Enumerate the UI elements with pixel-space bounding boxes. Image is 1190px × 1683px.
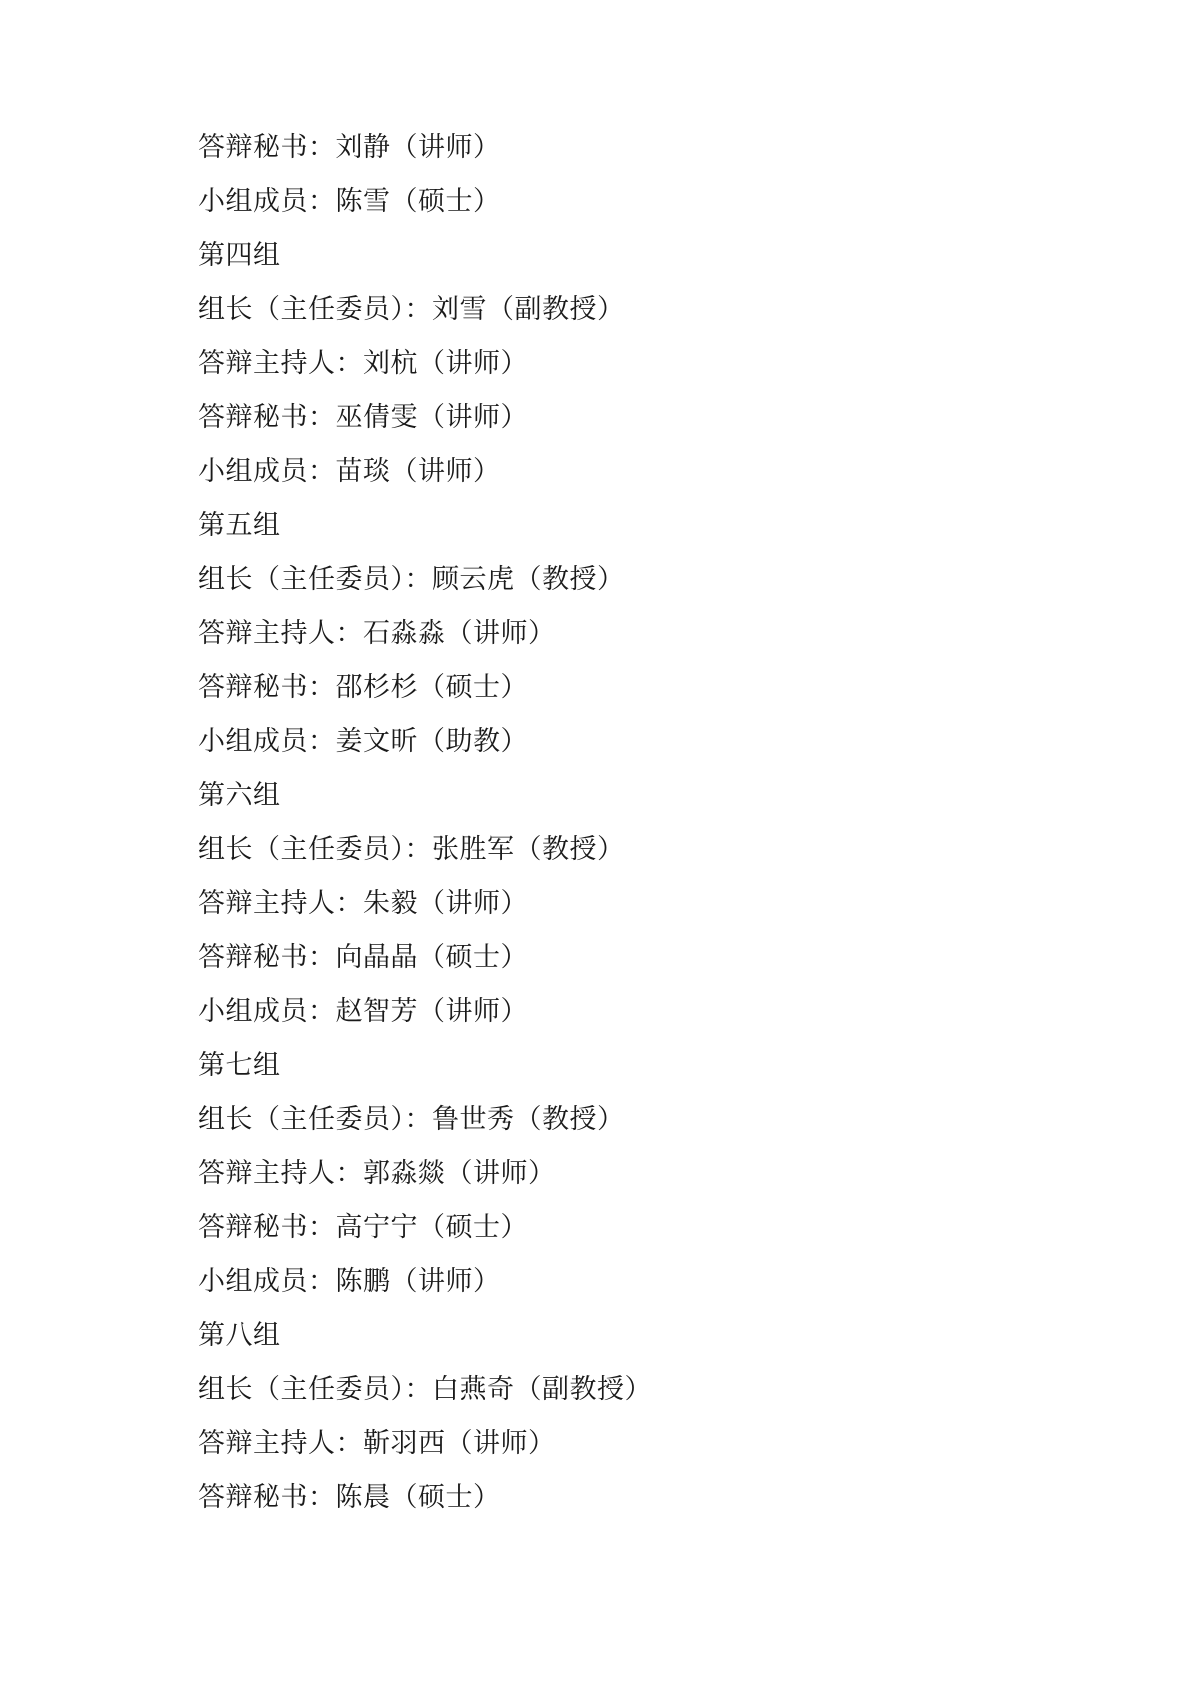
- group-heading: 第六组: [198, 769, 1098, 823]
- person-name: 赵智芳: [336, 996, 419, 1027]
- person-title: （硕士）: [418, 1212, 528, 1243]
- member-line-leader: 组长（主任委员）：白燕奇（副教授）: [198, 1363, 1098, 1417]
- member-line-secretary: 答辩秘书：向晶晶（硕士）: [198, 931, 1098, 985]
- person-title: （硕士）: [391, 186, 501, 217]
- member-line-leader: 组长（主任委员）：张胜军（教授）: [198, 823, 1098, 877]
- person-title: （教授）: [515, 1104, 625, 1135]
- member-line-member: 小组成员：陈鹏（讲师）: [198, 1255, 1098, 1309]
- member-line-secretary: 答辩秘书：巫倩雯（讲师）: [198, 391, 1098, 445]
- role-label: 小组成员：: [198, 726, 336, 757]
- group-heading: 第八组: [198, 1309, 1098, 1363]
- person-title: （教授）: [515, 834, 625, 865]
- role-label: 组长（主任委员）：: [198, 294, 432, 325]
- person-title: （硕士）: [391, 1482, 501, 1513]
- person-name: 郭淼燚: [363, 1158, 446, 1189]
- person-title: （讲师）: [418, 402, 528, 433]
- member-line-secretary: 答辩秘书：陈晨（硕士）: [198, 1471, 1098, 1525]
- role-label: 答辩主持人：: [198, 1158, 363, 1189]
- person-name: 张胜军: [432, 834, 515, 865]
- member-line-host: 答辩主持人：郭淼燚（讲师）: [198, 1147, 1098, 1201]
- person-name: 姜文昕: [336, 726, 419, 757]
- person-name: 陈雪: [336, 186, 391, 217]
- person-title: （讲师）: [418, 348, 528, 379]
- group-heading: 第五组: [198, 499, 1098, 553]
- role-label: 答辩秘书：: [198, 132, 336, 163]
- person-name: 朱毅: [363, 888, 418, 919]
- person-title: （讲师）: [446, 618, 556, 649]
- member-line-member: 小组成员：姜文昕（助教）: [198, 715, 1098, 769]
- role-label: 答辩秘书：: [198, 1482, 336, 1513]
- person-name: 向晶晶: [336, 942, 419, 973]
- member-line-member: 小组成员：赵智芳（讲师）: [198, 985, 1098, 1039]
- role-label: 答辩主持人：: [198, 1428, 363, 1459]
- member-line-host: 答辩主持人：石淼淼（讲师）: [198, 607, 1098, 661]
- group-heading: 第七组: [198, 1039, 1098, 1093]
- person-title: （硕士）: [418, 942, 528, 973]
- person-name: 刘雪: [432, 294, 487, 325]
- person-title: （助教）: [418, 726, 528, 757]
- person-title: （讲师）: [391, 1266, 501, 1297]
- role-label: 答辩秘书：: [198, 1212, 336, 1243]
- person-title: （副教授）: [487, 294, 625, 325]
- role-label: 组长（主任委员）：: [198, 834, 432, 865]
- person-name: 刘杭: [363, 348, 418, 379]
- person-name: 顾云虎: [432, 564, 515, 595]
- role-label: 答辩主持人：: [198, 618, 363, 649]
- member-line-secretary: 答辩秘书：邵杉杉（硕士）: [198, 661, 1098, 715]
- person-name: 陈晨: [336, 1482, 391, 1513]
- person-title: （讲师）: [391, 132, 501, 163]
- person-name: 陈鹏: [336, 1266, 391, 1297]
- member-line-member: 小组成员：苗琰（讲师）: [198, 445, 1098, 499]
- group-heading: 第四组: [198, 229, 1098, 283]
- role-label: 小组成员：: [198, 996, 336, 1027]
- person-name: 刘静: [336, 132, 391, 163]
- member-line-host: 答辩主持人：朱毅（讲师）: [198, 877, 1098, 931]
- role-label: 答辩主持人：: [198, 348, 363, 379]
- role-label: 答辩主持人：: [198, 888, 363, 919]
- person-name: 邵杉杉: [336, 672, 419, 703]
- person-title: （讲师）: [418, 996, 528, 1027]
- member-line-member: 小组成员：陈雪（硕士）: [198, 175, 1098, 229]
- person-name: 高宁宁: [336, 1212, 419, 1243]
- person-title: （讲师）: [446, 1158, 556, 1189]
- person-name: 巫倩雯: [336, 402, 419, 433]
- role-label: 答辩秘书：: [198, 402, 336, 433]
- person-name: 靳羽西: [363, 1428, 446, 1459]
- member-line-leader: 组长（主任委员）：鲁世秀（教授）: [198, 1093, 1098, 1147]
- member-line-host: 答辩主持人：刘杭（讲师）: [198, 337, 1098, 391]
- role-label: 组长（主任委员）：: [198, 1104, 432, 1135]
- role-label: 小组成员：: [198, 186, 336, 217]
- document-page: 答辩秘书：刘静（讲师） 小组成员：陈雪（硕士） 第四组 组长（主任委员）：刘雪（…: [198, 121, 1098, 1525]
- person-name: 鲁世秀: [432, 1104, 515, 1135]
- member-line-secretary: 答辩秘书：高宁宁（硕士）: [198, 1201, 1098, 1255]
- role-label: 答辩秘书：: [198, 672, 336, 703]
- member-line-leader: 组长（主任委员）：刘雪（副教授）: [198, 283, 1098, 337]
- role-label: 组长（主任委员）：: [198, 1374, 432, 1405]
- person-name: 白燕奇: [432, 1374, 515, 1405]
- person-name: 石淼淼: [363, 618, 446, 649]
- person-name: 苗琰: [336, 456, 391, 487]
- person-title: （讲师）: [418, 888, 528, 919]
- member-line-secretary: 答辩秘书：刘静（讲师）: [198, 121, 1098, 175]
- role-label: 答辩秘书：: [198, 942, 336, 973]
- member-line-host: 答辩主持人：靳羽西（讲师）: [198, 1417, 1098, 1471]
- person-title: （硕士）: [418, 672, 528, 703]
- person-title: （讲师）: [446, 1428, 556, 1459]
- member-line-leader: 组长（主任委员）：顾云虎（教授）: [198, 553, 1098, 607]
- role-label: 组长（主任委员）：: [198, 564, 432, 595]
- person-title: （教授）: [515, 564, 625, 595]
- person-title: （副教授）: [515, 1374, 653, 1405]
- role-label: 小组成员：: [198, 1266, 336, 1297]
- role-label: 小组成员：: [198, 456, 336, 487]
- person-title: （讲师）: [391, 456, 501, 487]
